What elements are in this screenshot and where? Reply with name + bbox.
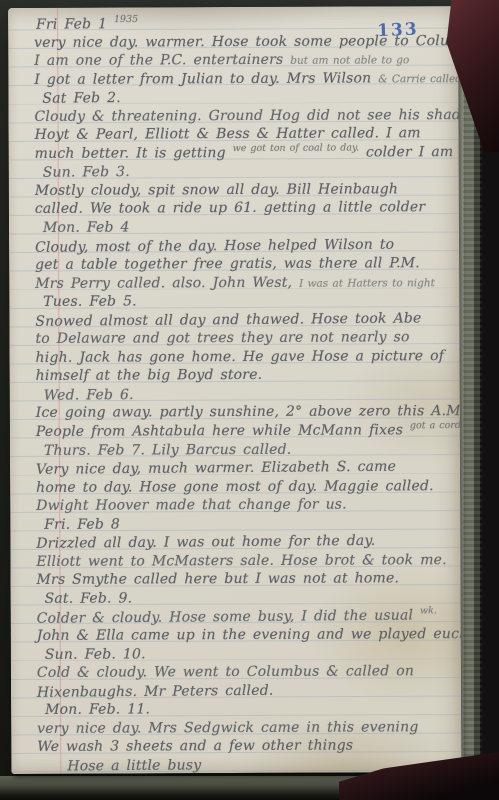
diary-line: Sat Feb 2. xyxy=(34,86,454,108)
diary-text-segment: We wash 3 sheets and a few other things xyxy=(37,738,353,755)
diary-text-segment: Wed. Feb 6. xyxy=(44,387,134,404)
diary-line: Ice going away. partly sunshine, 2° abov… xyxy=(36,403,456,423)
diary-text-segment: I was at Hatters to night xyxy=(299,277,435,290)
diary-entries: Fri Feb 1 1935very nice day. warmer. Hos… xyxy=(34,13,457,774)
diary-text-segment: get a table together free gratis, was th… xyxy=(35,255,420,273)
diary-text-segment: Drizzled all day. I was out home for the… xyxy=(36,533,375,552)
diary-line: Mrs Smythe called here but I was not at … xyxy=(36,569,456,589)
diary-text-segment: Mostly cloudy, spit snow all day. Bill H… xyxy=(35,181,398,199)
diary-text-segment: much better. It is getting xyxy=(35,145,233,162)
diary-line: get a table together free gratis, was th… xyxy=(35,254,455,274)
diary-text-segment: Hose a little busy xyxy=(67,757,201,774)
diary-line: Sat. Feb. 9. xyxy=(37,588,457,608)
diary-line: Mrs Perry called. also. John West, I was… xyxy=(35,273,455,293)
diary-text-segment: Fri. Feb 8 xyxy=(44,516,120,532)
diary-line: to Delaware and got trees they are not n… xyxy=(35,328,455,348)
photo-background: 133 Fri Feb 1 1935very nice day. warmer.… xyxy=(0,0,499,800)
diary-line: Wed. Feb 6. xyxy=(36,383,456,405)
diary-line: Cloudy, most of the day. Hose helped Wil… xyxy=(35,235,455,257)
diary-text-segment: Fri Feb 1 xyxy=(36,16,114,33)
diary-text-segment: we got ton of coal to day. xyxy=(233,142,360,154)
diary-line: Mostly cloudy, spit snow all day. Bill H… xyxy=(35,180,455,200)
diary-text-segment: Mon. Feb 4 xyxy=(43,219,130,235)
diary-text-segment: 1935 xyxy=(114,14,138,25)
diary-text-segment: Colder & cloudy. Hose some busy, I did t… xyxy=(37,607,421,626)
diary-text-segment: to Delaware and got trees they are not n… xyxy=(35,330,409,348)
page-number: 133 xyxy=(376,19,418,41)
diary-line: Colder & cloudy. Hose some busy, I did t… xyxy=(37,606,457,628)
diary-text-segment: Dwight Hoover made that change for us. xyxy=(36,497,347,514)
diary-text-segment: himself at the big Boyd store. xyxy=(36,367,263,384)
diary-text-segment: high. Jack has gone home. He gave Hose a… xyxy=(35,348,444,366)
diary-line: Hoyt & Pearl, Elliott & Bess & Hatter ca… xyxy=(35,124,455,144)
diary-line: Elliott went to McMasters sale. Hose bro… xyxy=(36,551,456,571)
diary-text-segment: Hixenbaughs. Mr Peters called. xyxy=(37,682,274,700)
diary-text-segment: called. We took a ride up 61. getting a … xyxy=(35,200,425,218)
diary-text-segment: Mon. Feb. 11. xyxy=(45,702,150,718)
diary-line: called. We took a ride up 61. getting a … xyxy=(35,199,455,219)
diary-line: high. Jack has gone home. He gave Hose a… xyxy=(35,347,455,367)
diary-line: I am one of the P.C. entertainers but am… xyxy=(34,50,454,70)
diary-page: 133 Fri Feb 1 1935very nice day. warmer.… xyxy=(8,6,461,774)
diary-line: Tues. Feb 5. xyxy=(35,291,455,311)
diary-text-segment: wk. xyxy=(420,605,437,616)
diary-text-segment: Tues. Feb 5. xyxy=(43,294,137,310)
diary-line: Very nice day, much warmer. Elizabeth S.… xyxy=(36,457,456,479)
diary-text-segment: very nice day. Mrs Sedgwick came in this… xyxy=(37,719,418,737)
diary-line: Snowed almost all day and thawed. Hose t… xyxy=(35,309,455,331)
diary-text-segment: Snowed almost all day and thawed. Hose t… xyxy=(35,310,421,329)
diary-line: Cold & cloudy. We went to Columbus & cal… xyxy=(37,662,457,682)
diary-text-segment: Hoyt & Pearl, Elliott & Bess & Hatter ca… xyxy=(35,125,421,143)
diary-line: very nice day. Mrs Sedgwick came in this… xyxy=(37,718,457,738)
diary-text-segment: Sun. Feb 3. xyxy=(43,164,130,181)
diary-text-segment: Ice going away. partly sunshine, 2° abov… xyxy=(36,403,462,421)
diary-text-segment: Mrs Smythe called here but I was not at … xyxy=(36,571,399,589)
diary-text-segment: Sat. Feb. 9. xyxy=(45,590,133,606)
diary-line: Sun. Feb. 10. xyxy=(37,644,457,664)
diary-text-segment: I am one of the P.C. entertainers xyxy=(34,52,290,69)
diary-text-segment: Very nice day, much warmer. Elizabeth S.… xyxy=(36,459,396,478)
diary-line: People from Ashtabula here while McMann … xyxy=(36,421,456,441)
diary-text-segment: colder I am afraid xyxy=(359,144,461,161)
diary-line: Mon. Feb. 11. xyxy=(37,699,457,719)
diary-line: Dwight Hoover made that change for us. xyxy=(36,495,456,515)
diary-text-segment: Cloudy, most of the day. Hose helped Wil… xyxy=(35,236,394,255)
diary-text-segment: Sun. Feb. 10. xyxy=(45,646,146,662)
diary-text-segment: Sat Feb 2. xyxy=(42,90,121,107)
diary-text-segment: Thurs. Feb 7. Lily Barcus called. xyxy=(44,441,292,458)
diary-line: Hixenbaughs. Mr Peters called. xyxy=(37,680,457,702)
diary-text-segment: but am not able to go xyxy=(290,54,409,67)
diary-text-segment: got a cord xyxy=(410,420,461,431)
diary-line: home to day. Hose gone most of day. Magg… xyxy=(36,477,456,497)
diary-text-segment: Cold & cloudy. We went to Columbus & cal… xyxy=(37,663,414,681)
diary-text-segment: Mrs Perry called. also. John West, xyxy=(35,274,299,291)
diary-text-segment: Elliott went to McMasters sale. Hose bro… xyxy=(36,552,446,570)
diary-text-segment: I got a letter from Julian to day. Mrs W… xyxy=(34,70,378,88)
diary-text-segment: People from Ashtabula here while McMann … xyxy=(36,422,410,440)
diary-text-segment: & Carrie called xyxy=(378,73,461,85)
diary-line: Mon. Feb 4 xyxy=(35,217,455,237)
diary-text-segment: Cloudy & threatening. Ground Hog did not… xyxy=(34,107,461,125)
diary-line: Cloudy & threatening. Ground Hog did not… xyxy=(34,106,454,126)
diary-text-segment: John & Ella came up in the evening and w… xyxy=(37,626,462,644)
diary-text-segment: home to day. Hose gone most of day. Magg… xyxy=(36,478,434,496)
